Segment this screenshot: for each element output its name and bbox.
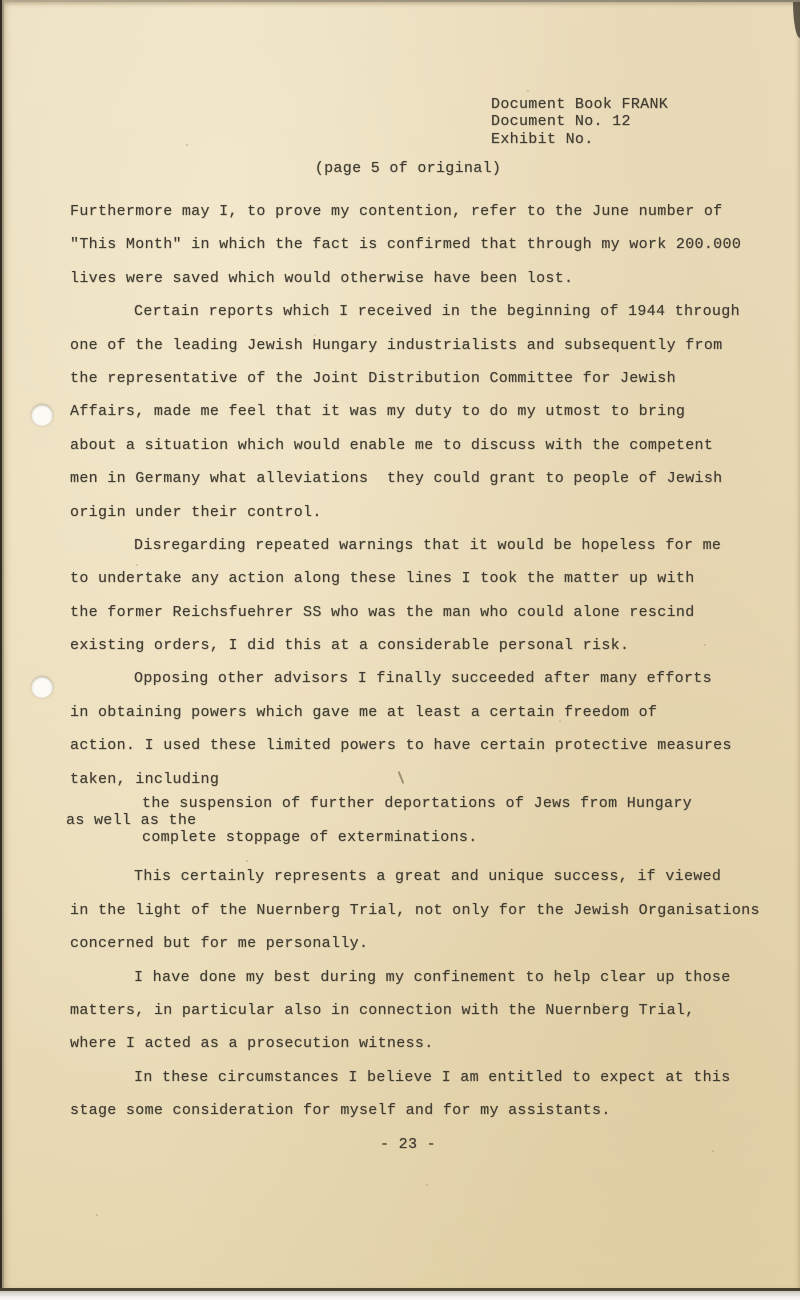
- hole-punch-top: [31, 404, 53, 426]
- typed-line: the former Reichsfuehrer SS who was the …: [70, 596, 746, 629]
- typed-line: the representative of the Joint Distribu…: [70, 362, 746, 395]
- typed-line: I have done my best during my confinemen…: [70, 961, 746, 994]
- typed-line: Disregarding repeated warnings that it w…: [70, 529, 746, 562]
- scan-background: Document Book FRANKDocument No. 12Exhibi…: [0, 0, 800, 1300]
- typed-line: concerned but for me personally.: [70, 927, 746, 960]
- document-page: Document Book FRANKDocument No. 12Exhibi…: [4, 2, 800, 1290]
- typed-line: Certain reports which I received in the …: [70, 295, 746, 328]
- header-line: Exhibit No.: [491, 131, 668, 148]
- typed-line: in the light of the Nuernberg Trial, not…: [70, 894, 746, 927]
- typed-line: "This Month" in which the fact is confir…: [70, 228, 746, 261]
- typed-line: one of the leading Jewish Hungary indust…: [70, 329, 746, 362]
- typed-line: to undertake any action along these line…: [70, 562, 746, 595]
- hole-punch-bottom: [31, 676, 53, 698]
- typed-line: stage some consideration for myself and …: [70, 1094, 746, 1127]
- typed-line: action. I used these limited powers to h…: [70, 729, 746, 762]
- typed-line: Opposing other advisors I finally succee…: [70, 662, 746, 695]
- page-number: - 23 -: [70, 1128, 746, 1161]
- typed-line: This certainly represents a great and un…: [70, 860, 746, 893]
- typed-line: lives were saved which would otherwise h…: [70, 262, 746, 295]
- typed-line: origin under their control.: [70, 496, 746, 529]
- typed-line: where I acted as a prosecution witness.: [70, 1027, 746, 1060]
- typed-line: Affairs, made me feel that it was my dut…: [70, 395, 746, 428]
- typed-line: taken, including: [70, 763, 746, 796]
- typed-line: Furthermore may I, to prove my contentio…: [70, 195, 746, 228]
- typed-line: as well as the: [66, 813, 746, 830]
- typed-line: matters, in particular also in connectio…: [70, 994, 746, 1027]
- typed-line: in obtaining powers which gave me at lea…: [70, 696, 746, 729]
- typed-line: In these circumstances I believe I am en…: [70, 1061, 746, 1094]
- typed-line: about a situation which would enable me …: [70, 429, 746, 462]
- document-body: Furthermore may I, to prove my contentio…: [70, 195, 746, 1161]
- header-line: Document No. 12: [491, 113, 668, 130]
- scanner-background-strip: [0, 1291, 800, 1300]
- typed-line: complete stoppage of exterminations.: [70, 830, 746, 847]
- typed-line: existing orders, I did this at a conside…: [70, 629, 746, 662]
- typed-line: men in Germany what alleviations they co…: [70, 462, 746, 495]
- typed-line: the suspension of further deportations o…: [70, 796, 746, 813]
- page-corner-shadow: [793, 2, 800, 38]
- paper-speckles: [4, 2, 6, 4]
- document-header: Document Book FRANKDocument No. 12Exhibi…: [491, 96, 668, 148]
- page-note: (page 5 of original): [70, 160, 746, 177]
- header-line: Document Book FRANK: [491, 96, 668, 113]
